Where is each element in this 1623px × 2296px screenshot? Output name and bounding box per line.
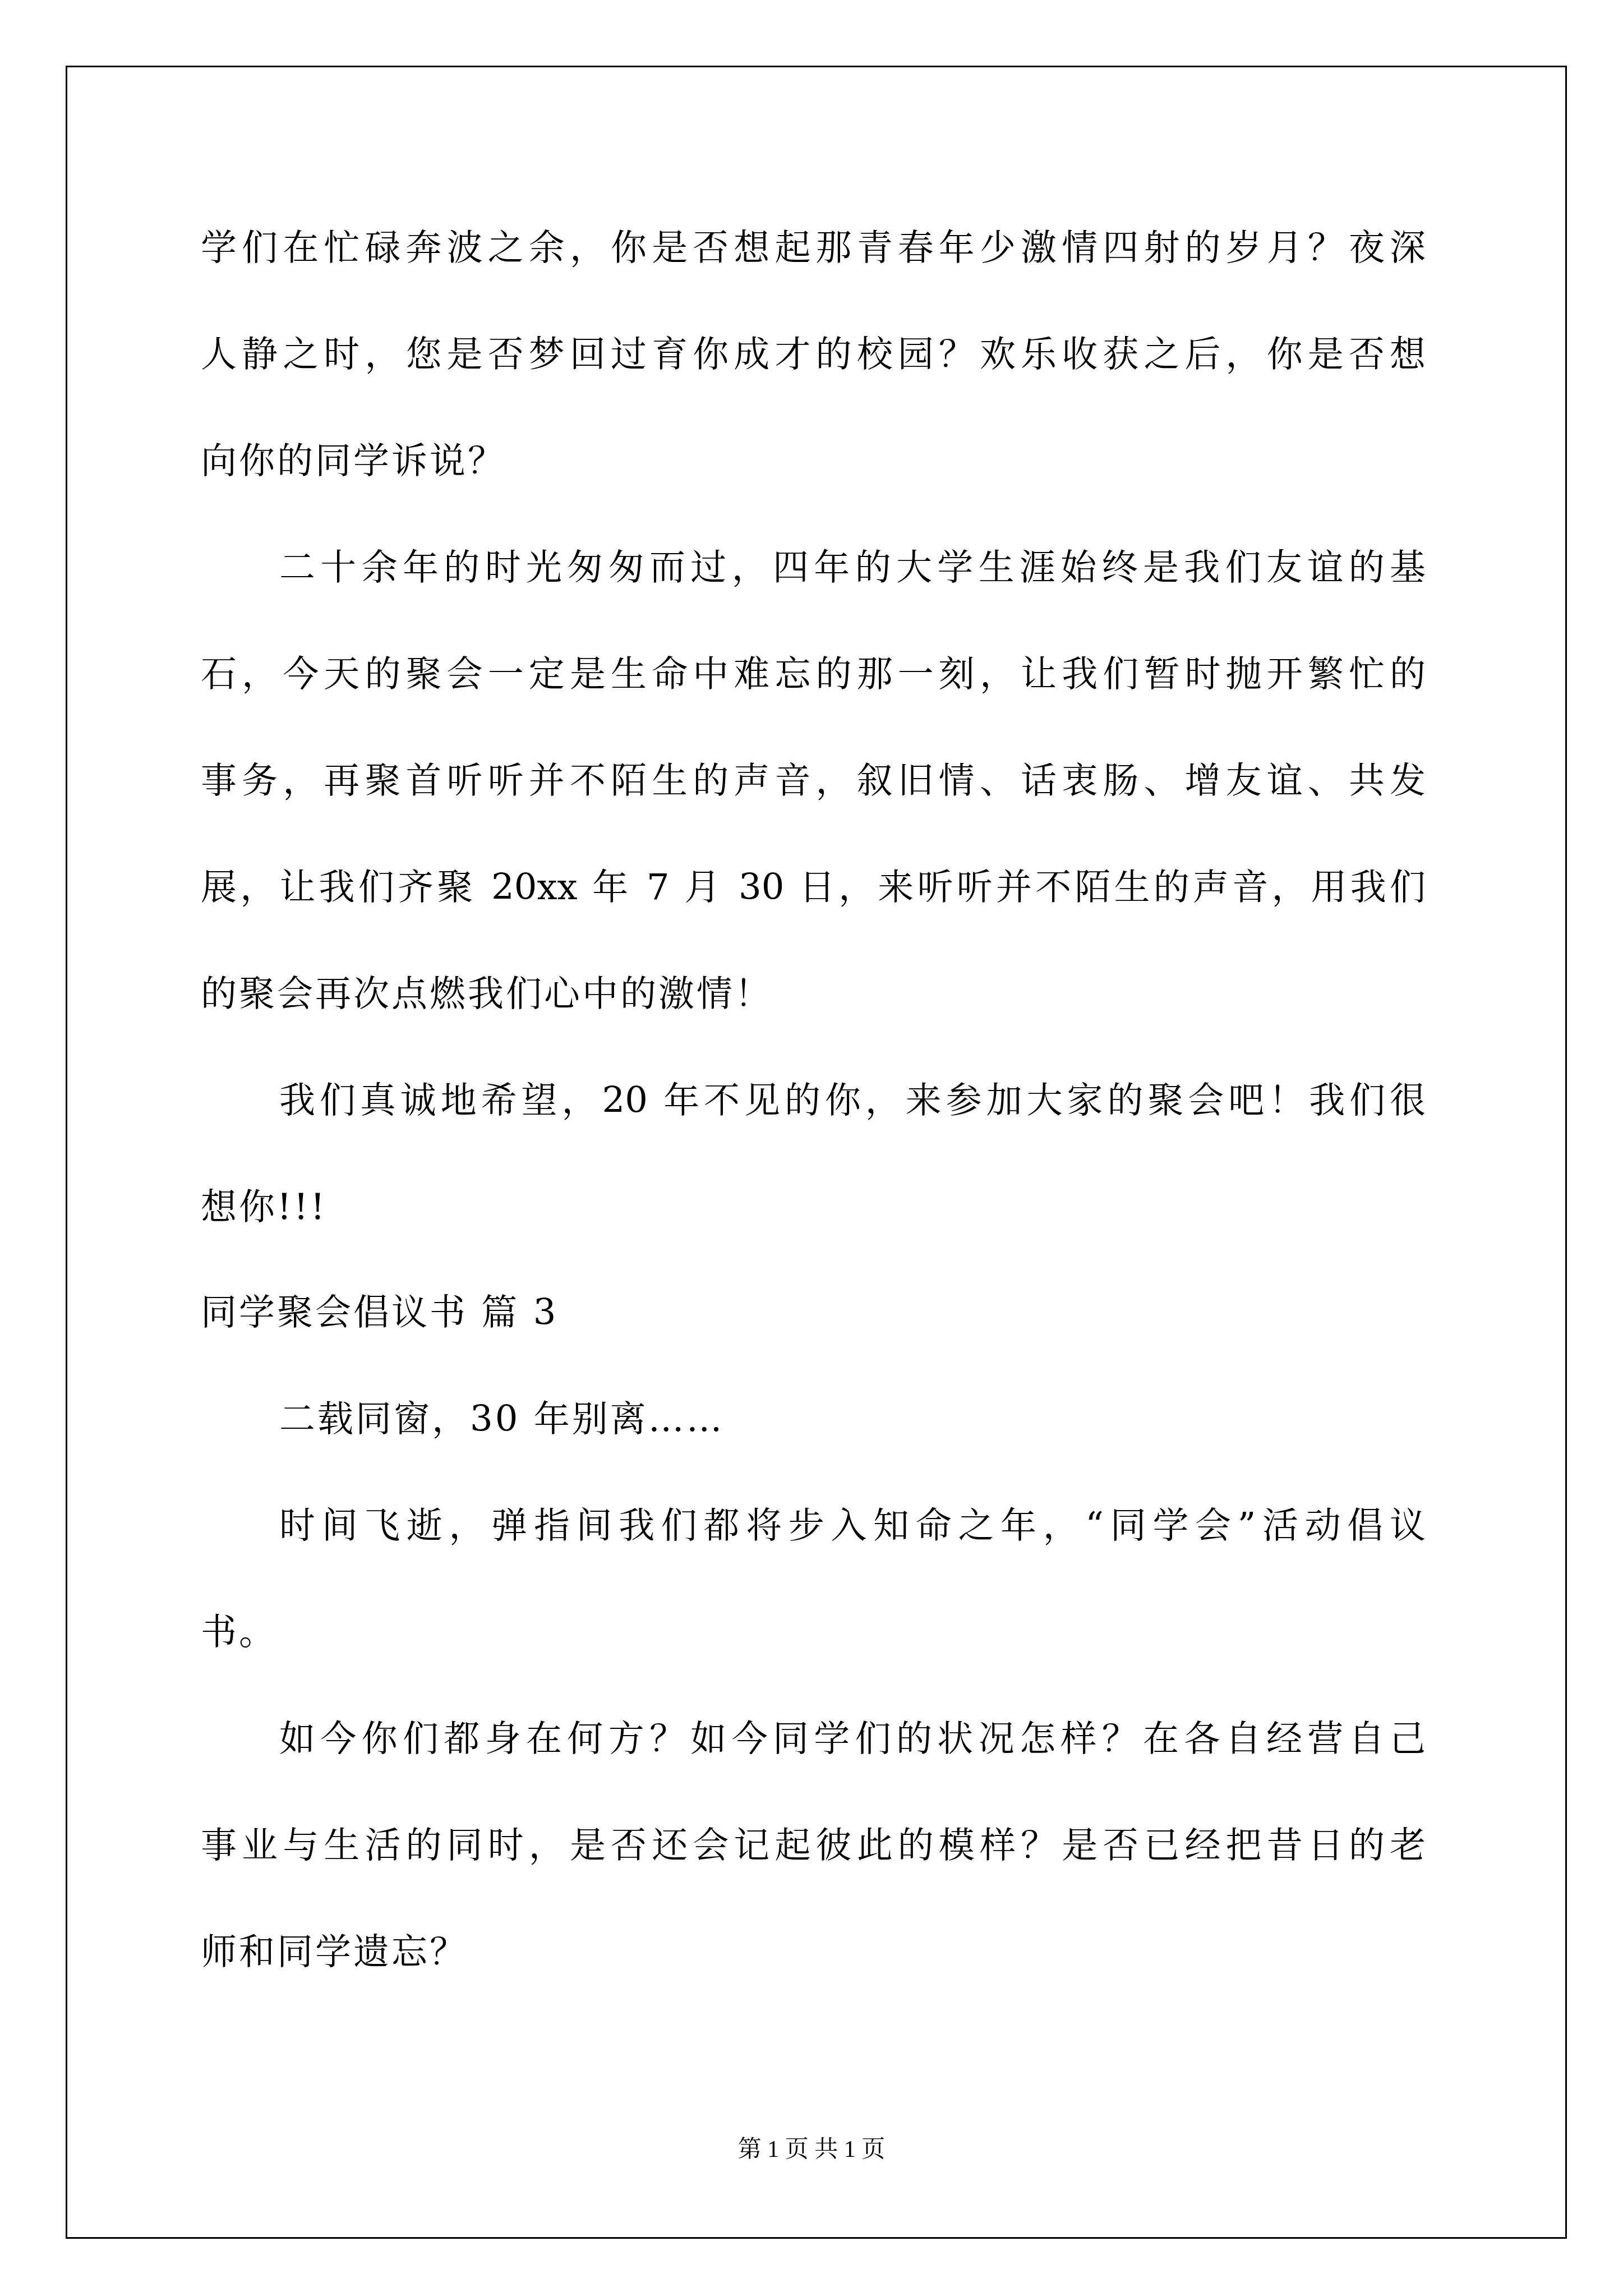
text-line: 二载同窗，30 年别离…… <box>279 1397 1426 1442</box>
text-line: 时间飞逝，弹指间我们都将步入知命之年，“同学会”活动倡议 <box>279 1503 1426 1548</box>
text-line: 想你!!! <box>201 1185 1426 1230</box>
text-line: 事务，再聚首听听并不陌生的声音，叙旧情、话衷肠、增友谊、共发 <box>201 758 1426 803</box>
text-line: 石，今天的聚会一定是生命中难忘的那一刻，让我们暂时抛开繁忙的 <box>201 652 1426 697</box>
text-line: 书。 <box>201 1610 1426 1655</box>
page-border-frame <box>66 66 1567 2239</box>
text-line: 展，让我们齐聚 20xx 年 7 月 30 日，来听听并不陌生的声音，用我们 <box>201 865 1426 910</box>
text-line: 人静之时，您是否梦回过育你成才的校园？欢乐收获之后，你是否想 <box>201 332 1426 377</box>
text-line: 事业与生活的同时，是否还会记起彼此的模样？是否已经把昔日的老 <box>201 1823 1426 1868</box>
text-line: 我们真诚地希望，20 年不见的你，来参加大家的聚会吧！我们很 <box>279 1078 1426 1123</box>
text-line: 师和同学遗忘？ <box>201 1930 1426 1975</box>
text-line: 学们在忙碌奔波之余，你是否想起那青春年少激情四射的岁月？夜深 <box>201 226 1426 270</box>
text-line: 如今你们都身在何方？如今同学们的状况怎样？在各自经营自己 <box>279 1717 1426 1761</box>
page-number-footer: 第 1 页 共 1 页 <box>0 2135 1623 2164</box>
text-line: 的聚会再次点燃我们心中的激情！ <box>201 972 1426 1016</box>
text-line: 向你的同学诉说？ <box>201 439 1426 484</box>
text-line: 二十余年的时光匆匆而过，四年的大学生涯始终是我们友谊的基 <box>279 545 1426 590</box>
section-heading: 同学聚会倡议书 篇 3 <box>201 1290 1426 1335</box>
